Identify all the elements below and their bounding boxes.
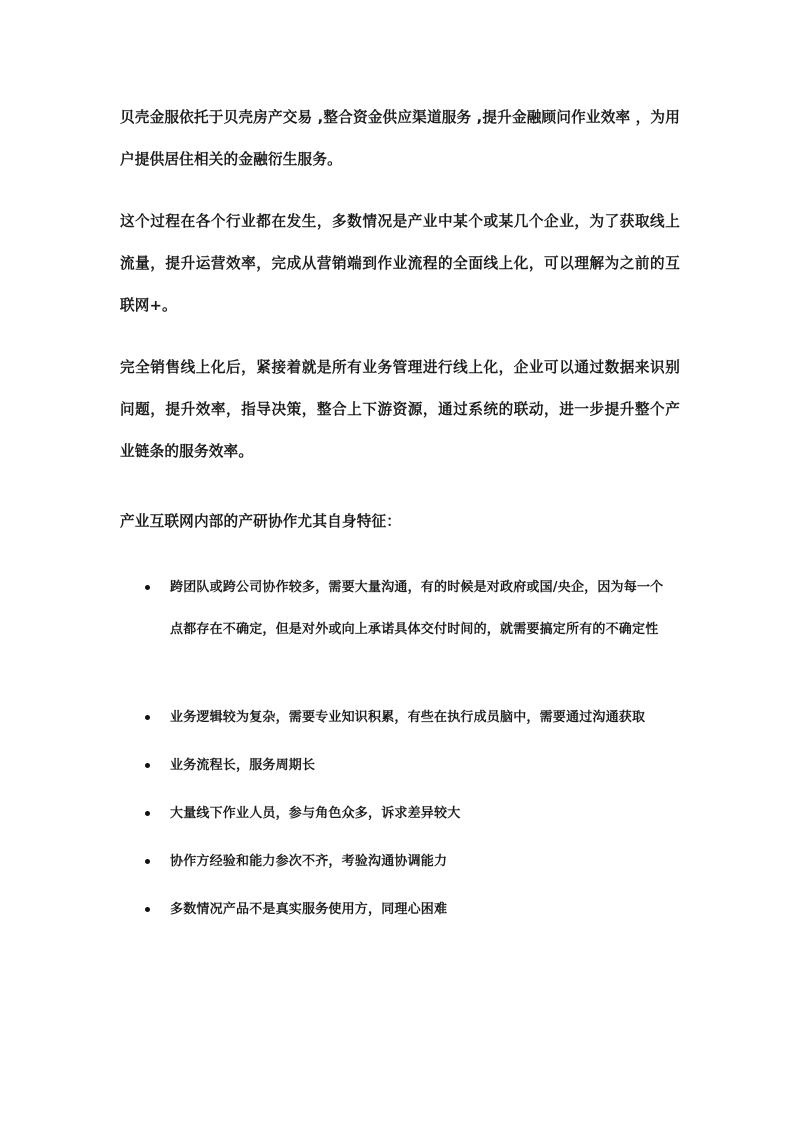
list-item-text: 跨团队或跨公司协作较多，需要大量沟通，有的时候是对政府或国/央企，因为每一个点都…: [170, 580, 663, 637]
paragraph-beike-finance: 贝壳金服依托于贝壳房产交易 ,整合资金供应渠道服务 ,提升金融顾问作业效率 ，为…: [120, 97, 680, 181]
list-item: 多数情况产品不是真实服务使用方，同理心困难: [170, 889, 675, 931]
list-item: 大量线下作业人员，参与角色众多，诉求差异较大: [170, 793, 675, 835]
paragraph-industry-process: 这个过程在各个行业都在发生，多数情况是产业中某个或某几个企业，为了获取线上流量，…: [120, 201, 680, 327]
paragraph-sales-online: 完全销售线上化后，紧接着就是所有业务管理进行线上化，企业可以通过数据来识别问题，…: [120, 347, 680, 473]
document-page: 贝壳金服依托于贝壳房产交易 ,整合资金供应渠道服务 ,提升金融顾问作业效率 ，为…: [0, 0, 793, 1122]
list-item-text: 业务流程长，服务周期长: [170, 758, 315, 773]
list-item-text: 大量线下作业人员，参与角色众多，诉求差异较大: [170, 806, 460, 821]
list-item: 跨团队或跨公司协作较多，需要大量沟通，有的时候是对政府或国/央企，因为每一个点都…: [170, 567, 675, 651]
bullet-icon: [145, 811, 150, 816]
bullet-icon: [145, 585, 150, 590]
bullet-icon: [145, 715, 150, 720]
list-item-text: 业务逻辑较为复杂，需要专业知识积累，有些在执行成员脑中，需要通过沟通获取: [170, 710, 645, 725]
list-item-text: 多数情况产品不是真实服务使用方，同理心困难: [170, 902, 447, 917]
bullet-icon: [145, 907, 150, 912]
bullet-icon: [145, 763, 150, 768]
list-item: 协作方经验和能力参次不齐，考验沟通协调能力: [170, 841, 675, 883]
list-item: 业务逻辑较为复杂，需要专业知识积累，有些在执行成员脑中，需要通过沟通获取: [170, 697, 675, 739]
paragraph-features-heading: 产业互联网内部的产研协作尤其自身特征：: [120, 501, 680, 543]
list-item-text: 协作方经验和能力参次不齐，考验沟通协调能力: [170, 854, 447, 869]
list-item: 业务流程长，服务周期长: [170, 745, 675, 787]
bullet-icon: [145, 859, 150, 864]
